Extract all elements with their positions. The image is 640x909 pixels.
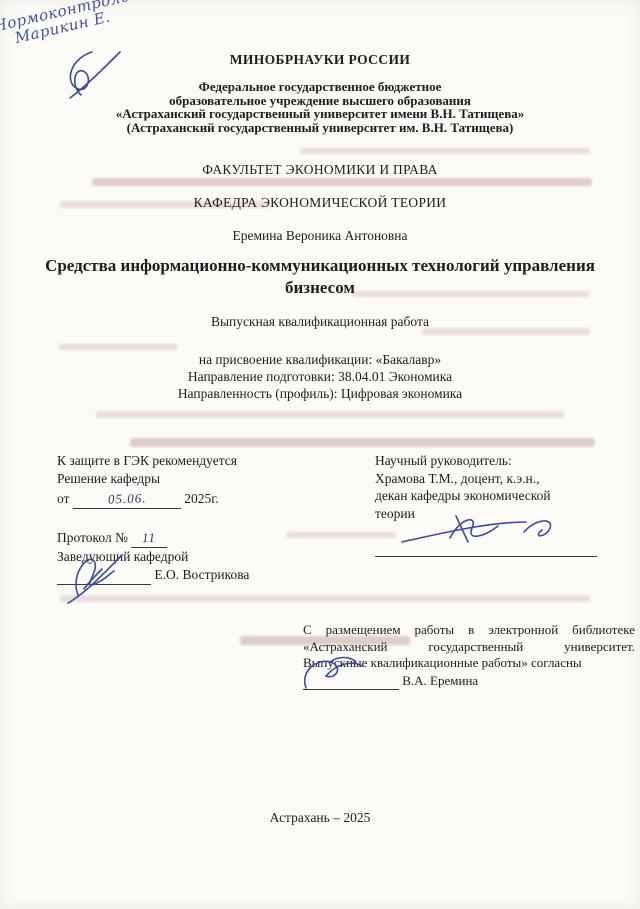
supervisor-signature-scribble <box>398 508 578 550</box>
head-of-department-signature-scribble <box>62 545 152 607</box>
supervisor-heading: Научный руководитель: <box>375 452 615 470</box>
thesis-title: Средства информационно-коммуникационных … <box>40 255 600 299</box>
protocol-label: Протокол № <box>57 530 128 545</box>
bleed-through-line <box>130 438 595 447</box>
date-suffix: 2025г. <box>184 491 218 506</box>
bleed-through-line <box>300 148 590 154</box>
approval-line-1: К защите в ГЭК рекомендуется <box>57 452 362 470</box>
consent-signer-name: В.А. Еремина <box>402 673 478 688</box>
bleed-through-line <box>96 411 564 418</box>
approval-line-2: Решение кафедры <box>57 470 362 488</box>
author-name: Еремина Вероника Антоновна <box>0 228 640 244</box>
institution-line: Федеральное государственное бюджетное <box>0 80 640 94</box>
scanned-title-page: Нормоконтроль Марикин Е. МИНОБРНАУКИ РОС… <box>0 0 640 909</box>
supervisor-line-2: декан кафедры экономической <box>375 487 615 505</box>
bleed-through-line <box>58 344 178 350</box>
qualification-block: на присвоение квалификации: «Бакалавр» Н… <box>0 351 640 402</box>
institution-line: «Астраханский государственный университе… <box>0 107 640 121</box>
student-signature-scribble <box>300 652 380 694</box>
supervisor-line-1: Храмова Т.М., доцент, к.э.н., <box>375 470 615 488</box>
date-prefix: от <box>57 491 69 506</box>
institution-line: образовательное учреждение высшего образ… <box>0 94 640 108</box>
program-line: Направление подготовки: 38.04.01 Экономи… <box>0 368 640 385</box>
ministry-heading: МИНОБРНАУКИ РОССИИ <box>0 52 640 68</box>
faculty-heading: ФАКУЛЬТЕТ ЭКОНОМИКИ И ПРАВА <box>0 162 640 178</box>
institution-line: (Астраханский государственный университе… <box>0 121 640 135</box>
date-blank-line: 05.06. <box>73 490 181 509</box>
work-type: Выпускная квалификационная работа <box>0 314 640 330</box>
approval-date-line: от 05.06. 2025г. <box>57 490 362 509</box>
profile-line: Направленность (профиль): Цифровая эконо… <box>0 385 640 402</box>
department-heading: КАФЕДРА ЭКОНОМИЧЕСКОЙ ТЕОРИИ <box>0 195 640 211</box>
city-year-footer: Астрахань – 2025 <box>0 810 640 826</box>
bleed-through-line <box>92 178 592 186</box>
institution-block: Федеральное государственное бюджетное об… <box>0 80 640 134</box>
consent-line-1: С размещением работы в электронной библи… <box>303 622 635 639</box>
handwritten-date: 05.06. <box>107 489 146 508</box>
head-name: Е.О. Вострикова <box>154 567 249 582</box>
qualification-line: на присвоение квалификации: «Бакалавр» <box>0 351 640 368</box>
